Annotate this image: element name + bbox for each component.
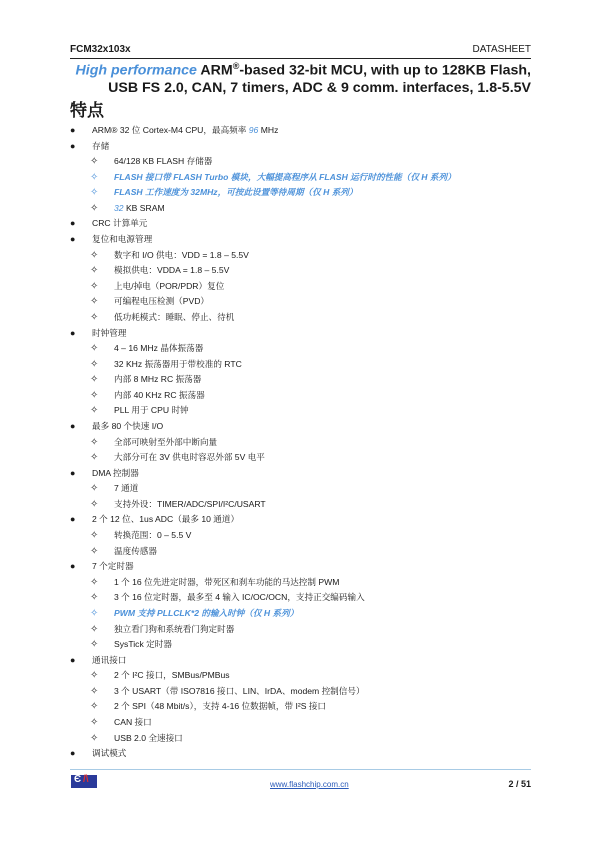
diamond-bullet-icon: ✧ — [90, 622, 98, 638]
diamond-bullet-icon: ✧ — [90, 201, 98, 217]
feature-text: 复位和电源管理 — [92, 234, 152, 244]
feature-subitem: ✧SysTick 定时器 — [70, 637, 540, 653]
feature-subitem: ✧PLL 用于 CPU 时钟 — [70, 403, 540, 419]
diamond-bullet-icon: ✧ — [90, 357, 98, 373]
feature-subitem: ✧FLASH 工作速度为 32MHz，可按此设置等待周期（仅 H 系列） — [70, 185, 540, 201]
logo-glyph-left: Є — [74, 774, 81, 785]
diamond-bullet-icon: ✧ — [90, 170, 98, 186]
diamond-bullet-icon: ✧ — [90, 481, 98, 497]
feature-text: CAN 接口 — [114, 717, 152, 727]
feature-text: PLL 用于 CPU 时钟 — [114, 405, 189, 415]
feature-text: 2 个 I²C 接口，SMBus/PMBus — [114, 670, 230, 680]
feature-subitem: ✧3 个 USART（带 ISO7816 接口、LIN、IrDA、modem 控… — [70, 684, 540, 700]
feature-text: 支持外设：TIMER/ADC/SPI/I²C/USART — [114, 499, 266, 509]
feature-text: 全部可映射至外部中断向量 — [114, 437, 217, 447]
logo-glyph-right: /\ — [83, 774, 89, 785]
feature-text: 上电/掉电（POR/PDR）复位 — [114, 281, 224, 291]
feature-suffix: MHz — [258, 125, 278, 135]
feature-text: 通讯接口 — [92, 655, 126, 665]
feature-subitem: ✧PWM 支持 PLLCLK*2 的输入时钟（仅 H 系列） — [70, 606, 540, 622]
feature-text: 时钟管理 — [92, 328, 126, 338]
footer-divider — [70, 769, 531, 770]
diamond-bullet-icon: ✧ — [90, 154, 98, 170]
feature-text: 转换范围：0 – 5.5 V — [114, 530, 191, 540]
feature-subitem: ✧模拟供电：VDDA = 1.8 – 5.5V — [70, 263, 540, 279]
feature-subitem: ✧内部 40 KHz RC 振荡器 — [70, 388, 540, 404]
feature-subitem: ✧3 个 16 位定时器，最多至 4 输入 IC/OC/OCN，支持正交编码输入 — [70, 590, 540, 606]
feature-text: 独立看门狗和系统看门狗定时器 — [114, 624, 234, 634]
feature-subitem: ✧1 个 16 位先进定时器，带死区和刹车功能的马达控制 PWM — [70, 575, 540, 591]
feature-text: DMA 控制器 — [92, 468, 139, 478]
bullet-icon: ● — [70, 512, 75, 528]
feature-text: USB 2.0 全速接口 — [114, 733, 183, 743]
bullet-icon: ● — [70, 653, 75, 669]
diamond-bullet-icon: ✧ — [90, 263, 98, 279]
feature-text: 3 个 16 位定时器，最多至 4 输入 IC/OC/OCN，支持正交编码输入 — [114, 592, 365, 602]
feature-text: 32 KHz 振荡器用于带校准的 RTC — [114, 359, 242, 369]
bullet-icon: ● — [70, 216, 75, 232]
feature-text: 低功耗模式：睡眠、停止、待机 — [114, 312, 234, 322]
diamond-bullet-icon: ✧ — [90, 668, 98, 684]
feature-item: ●存储 — [70, 139, 540, 155]
feature-suffix: KB SRAM — [124, 203, 165, 213]
bullet-icon: ● — [70, 466, 75, 482]
feature-list: ●ARM® 32 位 Cortex-M4 CPU，最高频率 96 MHz●存储✧… — [70, 123, 540, 762]
title-line1: -based 32-bit MCU, with up to 128KB Flas… — [239, 63, 531, 79]
feature-subitem: ✧大部分可在 3V 供电时容忍外部 5V 电平 — [70, 450, 540, 466]
diamond-bullet-icon: ✧ — [90, 544, 98, 560]
feature-text: 7 个定时器 — [92, 561, 134, 571]
feature-item: ●CRC 计算单元 — [70, 216, 540, 232]
diamond-bullet-icon: ✧ — [90, 731, 98, 747]
diamond-bullet-icon: ✧ — [90, 279, 98, 295]
feature-item: ●复位和电源管理 — [70, 232, 540, 248]
feature-subitem: ✧32 KHz 振荡器用于带校准的 RTC — [70, 357, 540, 373]
bullet-icon: ● — [70, 326, 75, 342]
feature-text: 3 个 USART（带 ISO7816 接口、LIN、IrDA、modem 控制… — [114, 686, 365, 696]
feature-item: ●2 个 12 位、1us ADC（最多 10 通道） — [70, 512, 540, 528]
diamond-bullet-icon: ✧ — [90, 294, 98, 310]
feature-text: SysTick 定时器 — [114, 639, 172, 649]
feature-subitem: ✧上电/掉电（POR/PDR）复位 — [70, 279, 540, 295]
diamond-bullet-icon: ✧ — [90, 699, 98, 715]
feature-text: 64/128 KB FLASH 存储器 — [114, 156, 212, 166]
feature-subitem: ✧FLASH 接口带 FLASH Turbo 模块，大幅提高程序从 FLASH … — [70, 170, 540, 186]
feature-text: 7 通道 — [114, 483, 138, 493]
diamond-bullet-icon: ✧ — [90, 185, 98, 201]
bullet-icon: ● — [70, 559, 75, 575]
bullet-icon: ● — [70, 419, 75, 435]
feature-text: 内部 8 MHz RC 振荡器 — [114, 374, 201, 384]
page-number: 2 / 51 — [508, 779, 531, 789]
feature-item: ●调试模式 — [70, 746, 540, 762]
feature-item: ●时钟管理 — [70, 326, 540, 342]
feature-text: 4 – 16 MHz 晶体振荡器 — [114, 343, 203, 353]
diamond-bullet-icon: ✧ — [90, 497, 98, 513]
website-link[interactable]: www.flashchip.com.cn — [270, 780, 349, 789]
feature-subitem: ✧可编程电压检测（PVD） — [70, 294, 540, 310]
feature-value: 96 — [249, 125, 259, 135]
feature-item: ●7 个定时器 — [70, 559, 540, 575]
feature-item: ●最多 80 个快速 I/O — [70, 419, 540, 435]
diamond-bullet-icon: ✧ — [90, 248, 98, 264]
feature-text: PWM 支持 PLLCLK*2 的输入时钟（仅 H 系列） — [114, 608, 298, 618]
feature-text: ARM® 32 位 Cortex-M4 CPU，最高频率 — [92, 125, 249, 135]
diamond-bullet-icon: ✧ — [90, 341, 98, 357]
feature-subitem: ✧独立看门狗和系统看门狗定时器 — [70, 622, 540, 638]
feature-subitem: ✧2 个 SPI（48 Mbit/s），支持 4-16 位数据帧，带 I²S 接… — [70, 699, 540, 715]
doc-type: DATASHEET — [472, 44, 531, 55]
feature-subitem: ✧数字和 I/O 供电：VDD = 1.8 – 5.5V — [70, 248, 540, 264]
feature-text: FLASH 工作速度为 32MHz，可按此设置等待周期（仅 H 系列） — [114, 187, 358, 197]
feature-subitem: ✧温度传感器 — [70, 544, 540, 560]
feature-subitem: ✧2 个 I²C 接口，SMBus/PMBus — [70, 668, 540, 684]
feature-subitem: ✧7 通道 — [70, 481, 540, 497]
feature-text: 模拟供电：VDDA = 1.8 – 5.5V — [114, 265, 229, 275]
title-highlight: High performance — [76, 63, 197, 79]
title-line2: USB FS 2.0, CAN, 7 timers, ADC & 9 comm.… — [108, 80, 531, 96]
bullet-icon: ● — [70, 746, 75, 762]
title-brand: ARM — [197, 63, 233, 79]
feature-subitem: ✧支持外设：TIMER/ADC/SPI/I²C/USART — [70, 497, 540, 513]
feature-subitem: ✧4 – 16 MHz 晶体振荡器 — [70, 341, 540, 357]
diamond-bullet-icon: ✧ — [90, 528, 98, 544]
feature-text: FLASH 接口带 FLASH Turbo 模块，大幅提高程序从 FLASH 运… — [114, 172, 456, 182]
feature-text: 1 个 16 位先进定时器，带死区和刹车功能的马达控制 PWM — [114, 577, 339, 587]
feature-subitem: ✧32 KB SRAM — [70, 201, 540, 217]
feature-text: 2 个 12 位、1us ADC（最多 10 通道） — [92, 514, 239, 524]
feature-value: 32 — [114, 203, 124, 213]
feature-text: 调试模式 — [92, 748, 126, 758]
feature-item: ●DMA 控制器 — [70, 466, 540, 482]
diamond-bullet-icon: ✧ — [90, 606, 98, 622]
feature-subitem: ✧USB 2.0 全速接口 — [70, 731, 540, 747]
feature-text: 最多 80 个快速 I/O — [92, 421, 163, 431]
feature-text: 存储 — [92, 141, 109, 151]
company-logo: Є /\ — [71, 775, 97, 788]
part-number: FCM32x103x — [70, 44, 131, 55]
feature-text: 可编程电压检测（PVD） — [114, 296, 209, 306]
feature-subitem: ✧内部 8 MHz RC 振荡器 — [70, 372, 540, 388]
diamond-bullet-icon: ✧ — [90, 450, 98, 466]
diamond-bullet-icon: ✧ — [90, 590, 98, 606]
diamond-bullet-icon: ✧ — [90, 403, 98, 419]
bullet-icon: ● — [70, 123, 75, 139]
diamond-bullet-icon: ✧ — [90, 310, 98, 326]
diamond-bullet-icon: ✧ — [90, 575, 98, 591]
feature-subitem: ✧全部可映射至外部中断向量 — [70, 435, 540, 451]
bullet-icon: ● — [70, 232, 75, 248]
feature-text: CRC 计算单元 — [92, 218, 147, 228]
feature-subitem: ✧CAN 接口 — [70, 715, 540, 731]
feature-subitem: ✧64/128 KB FLASH 存储器 — [70, 154, 540, 170]
diamond-bullet-icon: ✧ — [90, 715, 98, 731]
feature-subitem: ✧转换范围：0 – 5.5 V — [70, 528, 540, 544]
feature-text: 大部分可在 3V 供电时容忍外部 5V 电平 — [114, 452, 265, 462]
feature-item: ●ARM® 32 位 Cortex-M4 CPU，最高频率 96 MHz — [70, 123, 540, 139]
feature-item: ●通讯接口 — [70, 653, 540, 669]
document-title: High performance ARM®-based 32-bit MCU, … — [61, 58, 531, 97]
diamond-bullet-icon: ✧ — [90, 372, 98, 388]
feature-text: 2 个 SPI（48 Mbit/s），支持 4-16 位数据帧，带 I²S 接口 — [114, 701, 326, 711]
bullet-icon: ● — [70, 139, 75, 155]
feature-text: 内部 40 KHz RC 振荡器 — [114, 390, 205, 400]
feature-text: 温度传感器 — [114, 546, 157, 556]
diamond-bullet-icon: ✧ — [90, 684, 98, 700]
diamond-bullet-icon: ✧ — [90, 637, 98, 653]
feature-subitem: ✧低功耗模式：睡眠、停止、待机 — [70, 310, 540, 326]
diamond-bullet-icon: ✧ — [90, 388, 98, 404]
feature-text: 数字和 I/O 供电：VDD = 1.8 – 5.5V — [114, 250, 249, 260]
section-heading: 特点 — [70, 96, 104, 121]
diamond-bullet-icon: ✧ — [90, 435, 98, 451]
